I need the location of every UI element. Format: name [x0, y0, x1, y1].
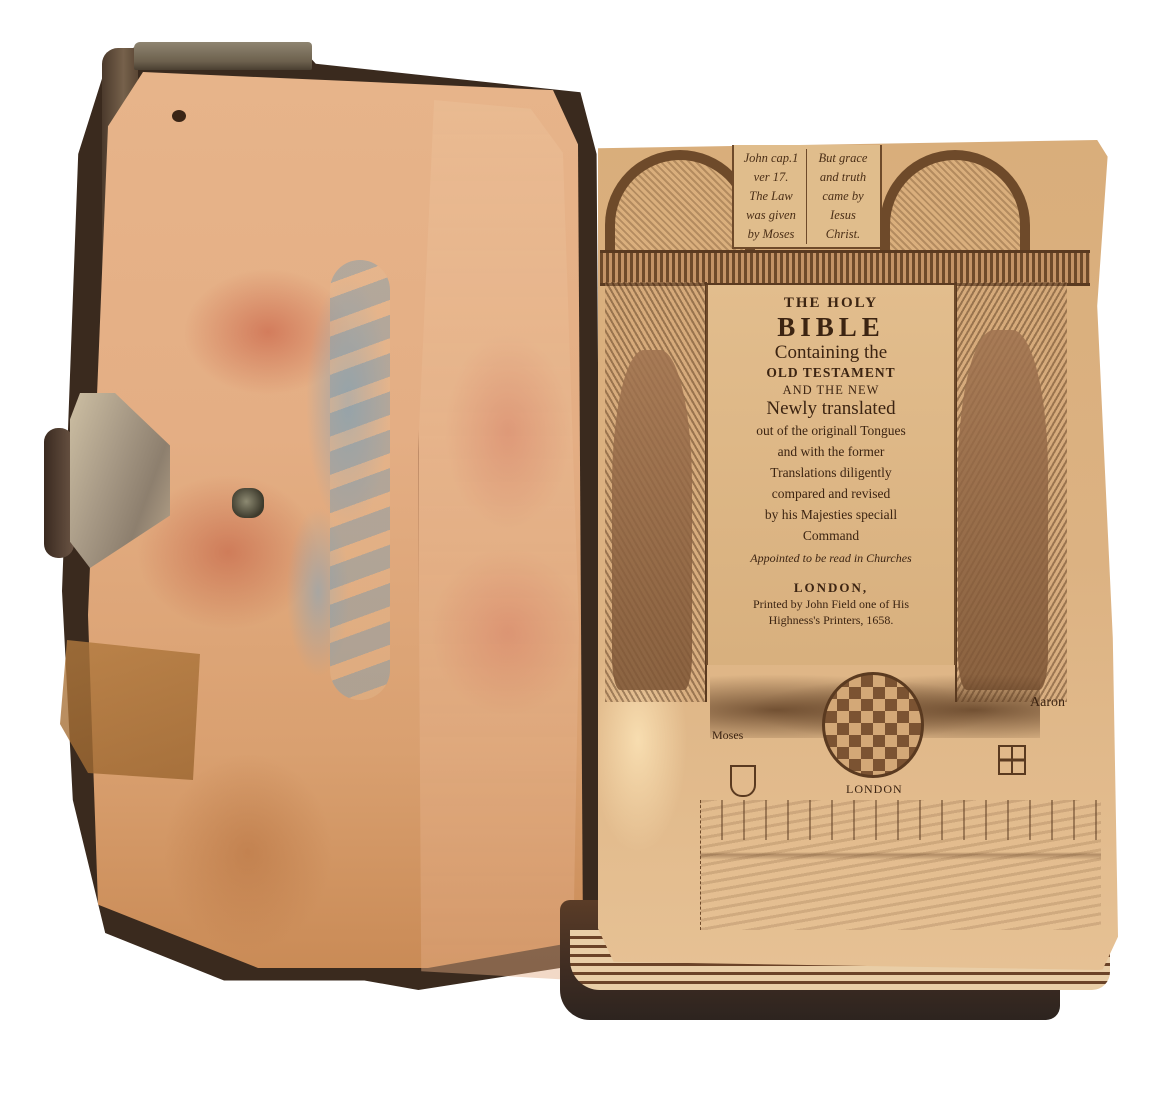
harp-shield-icon	[730, 765, 756, 797]
engraved-open-book: John cap.1 ver 17. The Law was given by …	[732, 145, 882, 249]
open-book-line: came by	[808, 187, 878, 206]
open-book-line: But grace	[808, 149, 878, 168]
open-book-line: was given	[736, 206, 806, 225]
title-body-line: out of the originall Tongues	[708, 420, 954, 441]
torn-endpaper-flap	[418, 100, 579, 980]
metal-corner-edging	[134, 42, 312, 70]
label-london-view: LONDON	[846, 782, 903, 797]
title-the-holy: THE HOLY	[708, 295, 954, 312]
title-body-line: compared and revised	[708, 483, 954, 504]
imprint-city: LONDON,	[708, 580, 954, 596]
title-containing: Containing the	[708, 342, 954, 364]
imprint-line: Printed by John Field one of His	[708, 596, 954, 612]
title-body-line: and with the former	[708, 441, 954, 462]
title-panel: THE HOLY BIBLE Containing the OLD TESTAM…	[706, 285, 956, 665]
imprint-line: Highness's Printers, 1658.	[708, 612, 954, 628]
marbling-blue-feather-pattern	[330, 260, 390, 700]
royal-coat-of-arms-icon	[822, 672, 924, 778]
open-book-line: The Law	[736, 187, 806, 206]
engraved-lintel	[600, 250, 1090, 286]
title-and-the-new: AND THE NEW	[708, 382, 954, 398]
title-old-testament: OLD TESTAMENT	[708, 364, 954, 382]
open-book-line: Iesus	[808, 206, 878, 225]
cross-shield-icon	[998, 745, 1026, 775]
open-book-line: ver 17.	[736, 168, 806, 187]
title-bible: BIBLE	[708, 312, 954, 342]
bible-photograph: John cap.1 ver 17. The Law was given by …	[0, 0, 1170, 1097]
london-cityscape-engraving	[700, 800, 1101, 930]
label-aaron: Aaron	[1030, 695, 1065, 711]
open-book-left-column: John cap.1 ver 17. The Law was given by …	[736, 149, 807, 244]
open-book-line: and truth	[808, 168, 878, 187]
aaron-figure-icon	[958, 330, 1048, 690]
open-book-line: Christ.	[808, 225, 878, 244]
open-book-line: by Moses	[736, 225, 806, 244]
title-appointed-line: Appointed to be read in Churches	[708, 548, 954, 568]
title-newly-translated: Newly translated	[708, 398, 954, 420]
moses-figure-icon	[612, 350, 692, 690]
rivet-icon	[232, 488, 264, 518]
leather-repair-patch	[60, 640, 200, 780]
nail-hole	[172, 110, 186, 122]
title-body-line: Command	[708, 525, 954, 546]
title-body-line: Translations diligently	[708, 462, 954, 483]
label-moses: Moses	[712, 728, 743, 743]
open-book-right-column: But grace and truth came by Iesus Christ…	[808, 149, 878, 244]
clasp-hinge	[44, 428, 74, 558]
title-body-line: by his Majesties speciall	[708, 504, 954, 525]
open-book-line: John cap.1	[736, 149, 806, 168]
